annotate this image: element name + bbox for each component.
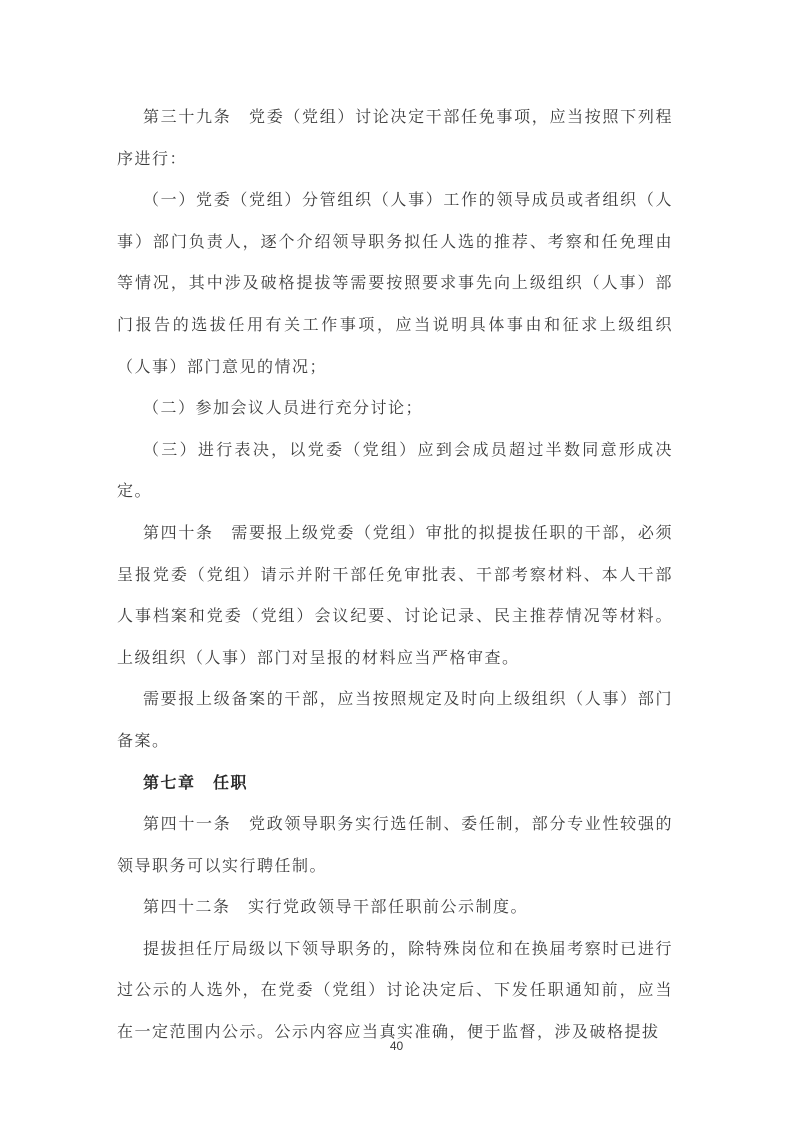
paragraph-article-41: 第四十一条 党政领导职务实行选任制、委任制，部分专业性较强的领导职务可以实行聘任… <box>117 804 673 887</box>
paragraph-article-39: 第三十九条 党委（党组）讨论决定干部任免事项，应当按照下列程序进行： <box>117 97 673 180</box>
chapter-7-heading: 第七章 任职 <box>117 763 673 805</box>
page-number: 40 <box>0 1038 793 1054</box>
paragraph-filing: 需要报上级备案的干部，应当按照规定及时向上级组织（人事）部门备案。 <box>117 679 673 762</box>
document-page: 第三十九条 党委（党组）讨论决定干部任免事项，应当按照下列程序进行： （一）党委… <box>0 0 793 1122</box>
paragraph-public-notice: 提拔担任厅局级以下领导职务的，除特殊岗位和在换届考察时已进行过公示的人选外，在党… <box>117 929 673 1054</box>
paragraph-article-40: 第四十条 需要报上级党委（党组）审批的拟提拔任职的干部，必须呈报党委（党组）请示… <box>117 513 673 679</box>
paragraph-item-1: （一）党委（党组）分管组织（人事）工作的领导成员或者组织（人事）部门负责人，逐个… <box>117 180 673 388</box>
paragraph-article-42: 第四十二条 实行党政领导干部任职前公示制度。 <box>117 887 673 929</box>
paragraph-item-3: （三）进行表决，以党委（党组）应到会成员超过半数同意形成决定。 <box>117 430 673 513</box>
document-body: 第三十九条 党委（党组）讨论决定干部任免事项，应当按照下列程序进行： （一）党委… <box>117 97 673 1054</box>
paragraph-item-2: （二）参加会议人员进行充分讨论； <box>117 388 673 430</box>
